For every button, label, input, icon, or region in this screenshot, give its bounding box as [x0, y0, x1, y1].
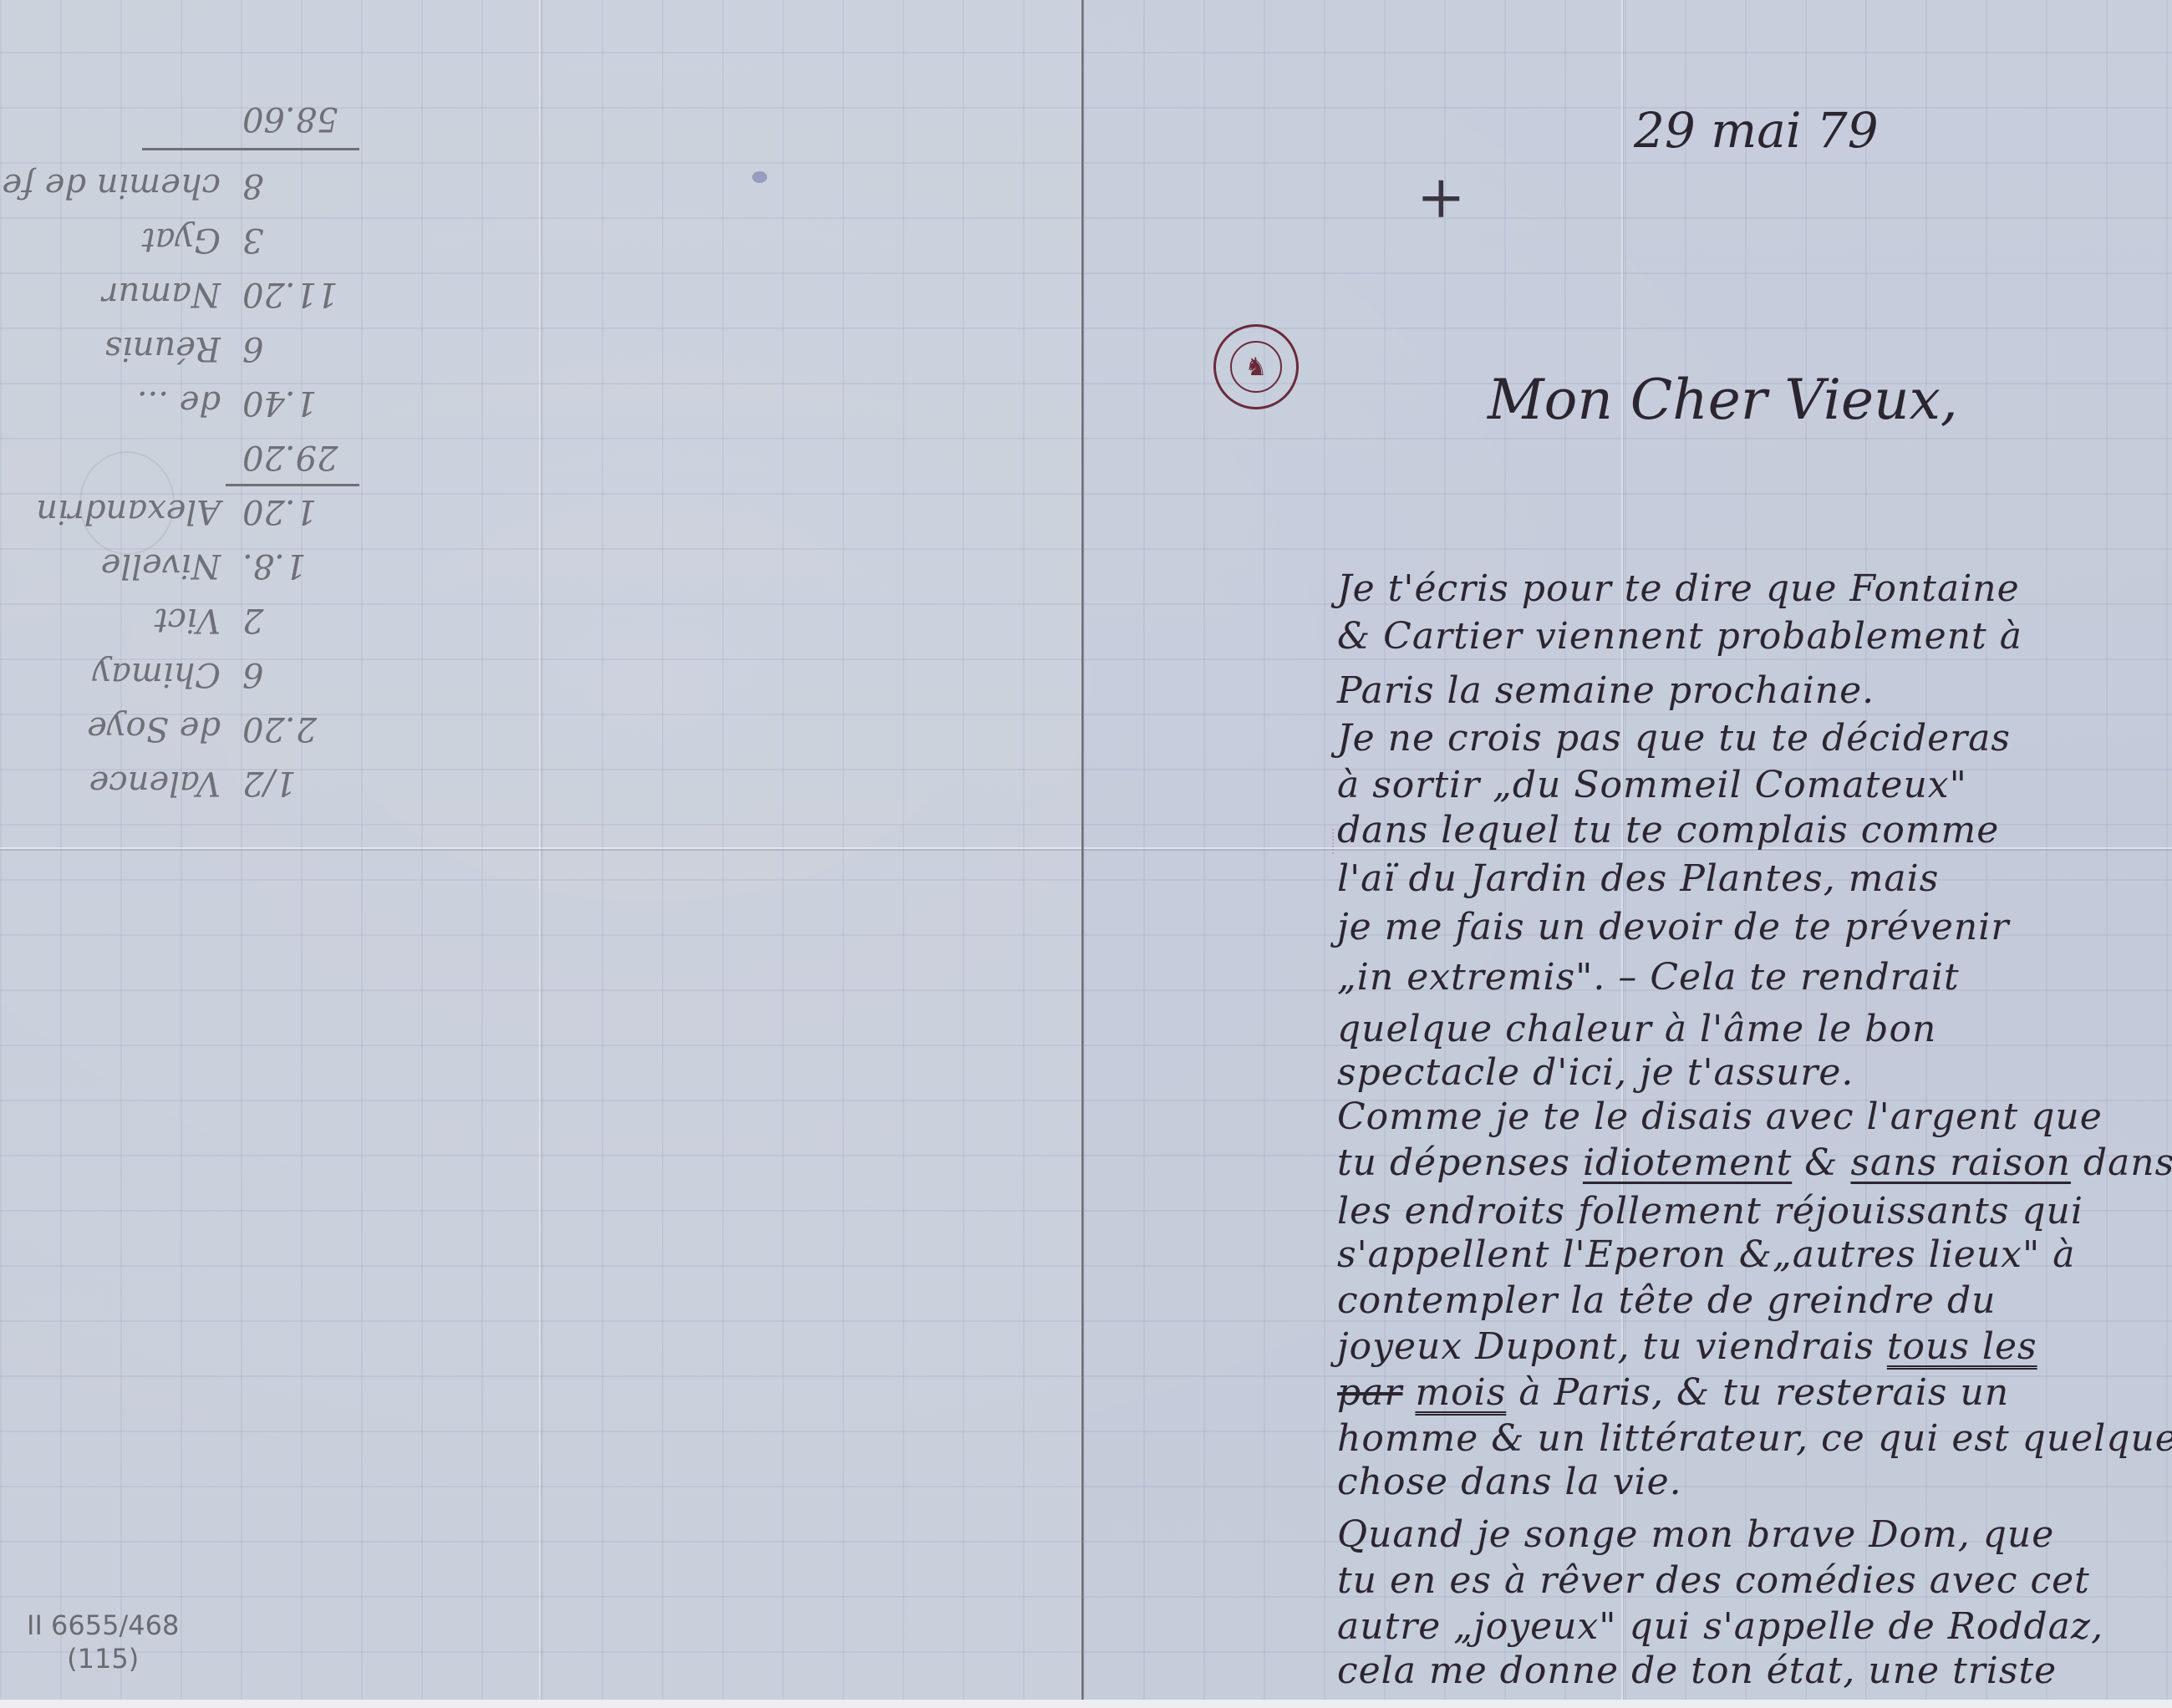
note-row: 3Gyat — [142, 221, 368, 259]
letter-line: tu en es à rêver des comédies avec cet — [1337, 1563, 2156, 1599]
letter-line: cela me donne de ton état, une triste — [1337, 1653, 2156, 1690]
letter-line: joyeux Dupont, tu viendrais tous les — [1337, 1329, 2156, 1365]
letter-line: homme & un littérateur, ce qui est quelq… — [1337, 1421, 2156, 1457]
letter-line: Je t'écris pour te dire que Fontaine — [1337, 571, 2156, 607]
note-row: 2Vict — [155, 601, 368, 639]
subtotal-row: 29.20 — [221, 438, 368, 476]
note-row: 1.20Alexandrin — [36, 492, 368, 531]
note-row: 1.40de ... — [137, 384, 368, 422]
letter-line: à sortir „du Sommeil Comateux" — [1337, 767, 2156, 804]
letter-date: 29 mai 79 — [1634, 102, 1879, 159]
letter-line: & Cartier viennent probablement à — [1337, 618, 2156, 655]
note-row: 1/2Valence — [89, 764, 368, 802]
letter-line: „in extremis". – Cela te rendrait — [1337, 959, 2156, 996]
note-row: 8chemin de fer — [0, 166, 368, 205]
note-row: 6Réunis — [104, 329, 368, 368]
letter-line: l'aï du Jardin des Plantes, mais — [1337, 861, 2156, 897]
archive-reference: II 6655/468 (115) — [27, 1609, 179, 1675]
letter-line: je me fais un devoir de te prévenir — [1337, 909, 2156, 946]
lion-rampant-icon: ♞ — [1230, 341, 1282, 393]
note-row: 2.20de Soye — [87, 709, 368, 748]
ink-spot — [752, 171, 767, 183]
letter-line: les endroits follement réjouissants qui — [1337, 1193, 2156, 1230]
note-row: 11.20Namur — [102, 275, 368, 313]
double-underlined-phrase: tous les — [1887, 1325, 2037, 1368]
letter-line: Paris la semaine prochaine. — [1337, 673, 2156, 709]
letter-line: Quand je songe mon brave Dom, que — [1337, 1517, 2156, 1553]
shelfmark: II 6655/468 — [27, 1609, 179, 1642]
note-row: 1.8.Nivelle — [101, 546, 368, 585]
note-row: 6Chimay — [92, 655, 368, 694]
struck-word: par — [1337, 1371, 1402, 1414]
double-underlined-word: mois — [1415, 1371, 1506, 1414]
underlined-word: idiotement — [1583, 1141, 1792, 1184]
vertical-fold-left — [539, 0, 541, 1708]
library-stamp: ♞ — [1213, 324, 1299, 409]
letter-line: chose dans la vie. — [1337, 1464, 2156, 1501]
letter-line: spectacle d'ici, je t'assure. — [1337, 1055, 2156, 1091]
total-rule — [142, 148, 359, 150]
letter-line: autre „joyeux" qui s'appelle de Roddaz, — [1337, 1609, 2156, 1645]
scan-bottom-edge — [0, 1700, 2172, 1708]
letter-line: s'appellent l'Eperon &„autres lieux" à — [1337, 1237, 2156, 1273]
underlined-phrase: sans raison — [1850, 1141, 2070, 1184]
cross-mark-icon: + — [1417, 163, 1466, 231]
letter-line: Je ne crois pas que tu te décideras — [1337, 720, 2156, 757]
folio-number: (115) — [27, 1642, 179, 1675]
letter-scan: 1/2Valence 2.20de Soye 6Chimay 2Vict 1.8… — [0, 0, 2172, 1708]
letter-line: contempler la tête de greindre du — [1337, 1283, 2156, 1319]
letter-line: dans lequel tu te complais comme — [1337, 812, 2156, 849]
page-spine — [1081, 0, 1084, 1708]
letter-line: quelque chaleur à l'âme le bon — [1337, 1011, 2156, 1048]
subtotal-rule — [226, 484, 359, 486]
salutation: Mon Cher Vieux, — [1488, 368, 1958, 432]
pencil-expense-notes: 1/2Valence 2.20de Soye 6Chimay 2Vict 1.8… — [17, 67, 368, 819]
letter-line: par mois à Paris, & tu resterais un — [1337, 1375, 2156, 1411]
letter-line: tu dépenses idiotement & sans raison dan… — [1337, 1145, 2156, 1182]
letter-line: Comme je te le disais avec l'argent que — [1337, 1099, 2156, 1136]
total-row: 58.60 — [221, 99, 368, 138]
